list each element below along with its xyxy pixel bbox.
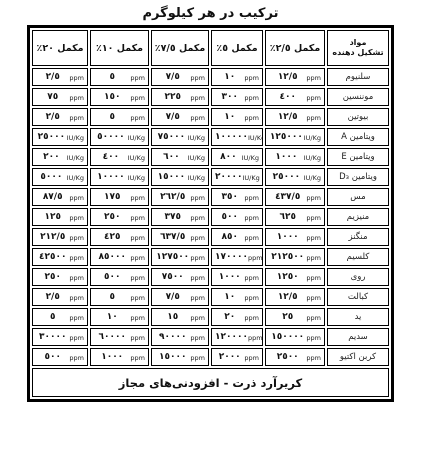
cell-unit: ppm <box>306 73 321 82</box>
row-label: سدیم <box>327 328 389 346</box>
cell-value: ٢٢٥ <box>155 92 190 102</box>
cell-unit: ppm <box>306 313 321 322</box>
cell-value: ٣٠٠٠٠ <box>36 332 69 342</box>
cell-value: ١٢٥ <box>36 212 69 222</box>
value-cell: ٧/٥ppm <box>151 68 209 86</box>
value-cell: ٢١٢/٥ppm <box>32 228 88 246</box>
value-cell: ٢٥ppm <box>265 308 325 326</box>
cell-unit: ppm <box>69 253 84 262</box>
cell-unit: ppm <box>190 113 205 122</box>
cell-value: ١٢/٥ <box>269 292 306 302</box>
cell-unit: IU/Kg <box>128 153 145 162</box>
value-cell: ٦٠٠٠٠ppm <box>90 328 149 346</box>
value-cell: ١٢٥٠٠٠IU/Kg <box>265 128 325 146</box>
value-cell: ٧/٥ppm <box>151 108 209 126</box>
table-row: موننسین٤٠٠ppm٣٠٠ppm٢٢٥ppm١٥٠ppm٧٥ppm <box>32 88 389 106</box>
cell-unit: ppm <box>190 313 205 322</box>
column-header-supplement-5: مکمل ٥٪ <box>211 30 263 66</box>
cell-unit: ppm <box>306 233 321 242</box>
value-cell: ٣٧٥ppm <box>151 208 209 226</box>
value-cell: ١٢/٥ppm <box>265 288 325 306</box>
table-row: کبالت١٢/٥ppm١٠ppm٧/٥ppm٥ppm٢/٥ppm <box>32 288 389 306</box>
cell-unit: IU/Kg <box>242 153 259 162</box>
value-cell: ٧٥٠٠ppm <box>151 268 209 286</box>
cell-value: ٥ <box>94 292 130 302</box>
cell-value: ١٢/٥ <box>269 72 306 82</box>
cell-unit: ppm <box>190 253 205 262</box>
value-cell: ٢٥٠ppm <box>90 208 149 226</box>
cell-unit: ppm <box>190 193 205 202</box>
value-cell: ٥ppm <box>90 288 149 306</box>
cell-value: ٥ <box>94 72 130 82</box>
cell-unit: ppm <box>306 353 321 362</box>
cell-value: ١٢٥٠ <box>269 272 306 282</box>
value-cell: ٢٠٠٠٠IU/Kg <box>211 168 263 186</box>
cell-unit: ppm <box>69 73 84 82</box>
cell-unit: ppm <box>130 353 145 362</box>
value-cell: ٤٠٠ppm <box>265 88 325 106</box>
value-cell: ١٠ppm <box>211 108 263 126</box>
table-row: ویتامین D₃٢٥٠٠٠IU/Kg٢٠٠٠٠IU/Kg١٥٠٠٠IU/Kg… <box>32 168 389 186</box>
value-cell: ١٥٠٠٠٠ppm <box>265 328 325 346</box>
cell-value: ٤٢٥ <box>94 232 130 242</box>
cell-value: ٥٠٠ <box>36 352 69 362</box>
cell-unit: ppm <box>248 333 263 342</box>
page-title: ترکیب در هر کیلوگرم <box>27 6 394 21</box>
value-cell: ١٠ppm <box>90 308 149 326</box>
row-label: منگنز <box>327 228 389 246</box>
cell-unit: ppm <box>130 293 145 302</box>
column-header-materials: مواد تشکیل دهنده <box>327 30 389 66</box>
cell-value: ١٧٠٠٠٠ <box>215 252 248 262</box>
cell-unit: IU/Kg <box>67 173 84 182</box>
row-label: کبالت <box>327 288 389 306</box>
cell-unit: ppm <box>69 193 84 202</box>
cell-value: ٢٥ <box>269 312 306 322</box>
cell-unit: IU/Kg <box>304 153 321 162</box>
cell-unit: ppm <box>130 73 145 82</box>
cell-unit: IU/Kg <box>242 173 259 182</box>
value-cell: ٤٢٥ppm <box>90 228 149 246</box>
composition-table: مواد تشکیل دهنده مکمل ٢/٥٪ مکمل ٥٪ مکمل … <box>27 25 394 402</box>
value-cell: ٥٠٠ppm <box>90 268 149 286</box>
cell-unit: ppm <box>69 233 84 242</box>
value-cell: ١٠ppm <box>211 288 263 306</box>
cell-value: ٢٠٠٠ <box>215 352 244 362</box>
cell-unit: IU/Kg <box>188 153 205 162</box>
value-cell: ٥ppm <box>90 108 149 126</box>
cell-value: ٤٠٠ <box>269 92 306 102</box>
cell-unit: ppm <box>244 73 259 82</box>
row-label: روی <box>327 268 389 286</box>
cell-value: ٥ <box>36 312 69 322</box>
cell-unit: ppm <box>244 233 259 242</box>
cell-value: ٤٢٥٠٠ <box>36 252 69 262</box>
value-cell: ١٥٠٠٠ppm <box>151 348 209 366</box>
cell-unit: ppm <box>69 93 84 102</box>
row-label: سلنیوم <box>327 68 389 86</box>
table-row: ویتامین A١٢٥٠٠٠IU/Kg١٠٠٠٠٠IU/Kg٧٥٠٠٠IU/K… <box>32 128 389 146</box>
cell-unit: ppm <box>69 273 84 282</box>
cell-unit: IU/Kg <box>128 133 145 142</box>
cell-value: ٣٥٠ <box>215 192 244 202</box>
value-cell: ٦٠٠IU/Kg <box>151 148 209 166</box>
value-cell: ٥ppm <box>32 308 88 326</box>
cell-unit: ppm <box>244 273 259 282</box>
value-cell: ٢٥٠ppm <box>32 268 88 286</box>
value-cell: ١٢٥ppm <box>32 208 88 226</box>
cell-value: ١٥٠ <box>94 92 130 102</box>
cell-value: ٤٠٠ <box>94 152 128 162</box>
cell-value: ١٢٠٠٠٠ <box>215 332 248 342</box>
value-cell: ٢٥٠٠٠IU/Kg <box>32 128 88 146</box>
cell-unit: ppm <box>244 193 259 202</box>
value-cell: ٢٠ppm <box>211 308 263 326</box>
cell-value: ٨٠٠ <box>215 152 242 162</box>
row-label: ویتامین A <box>327 128 389 146</box>
row-label: کلسیم <box>327 248 389 266</box>
cell-value: ١٠٠٠ <box>94 352 130 362</box>
cell-value: ٨٧/٥ <box>36 192 69 202</box>
cell-unit: ppm <box>306 113 321 122</box>
value-cell: ٢٥٠٠ppm <box>265 348 325 366</box>
cell-value: ١٠ <box>215 72 244 82</box>
cell-unit: ppm <box>130 193 145 202</box>
value-cell: ١٢٥٠ppm <box>265 268 325 286</box>
cell-unit: ppm <box>190 213 205 222</box>
composition-table-grid: مواد تشکیل دهنده مکمل ٢/٥٪ مکمل ٥٪ مکمل … <box>30 28 391 399</box>
value-cell: ٢/٥ppm <box>32 108 88 126</box>
cell-value: ٢٥٠٠٠ <box>269 172 304 182</box>
cell-unit: ppm <box>190 333 205 342</box>
value-cell: ١٧٥ppm <box>90 188 149 206</box>
cell-value: ١٠٠٠ <box>269 152 304 162</box>
cell-value: ١٥ <box>155 312 190 322</box>
table-row: ید٢٥ppm٢٠ppm١٥ppm١٠ppm٥ppm <box>32 308 389 326</box>
cell-unit: ppm <box>306 253 321 262</box>
column-header-supplement-10: مکمل ١٠٪ <box>90 30 149 66</box>
cell-value: ٨٥٠٠٠ <box>94 252 130 262</box>
cell-value: ٦٣٧/٥ <box>155 232 190 242</box>
cell-value: ٤٣٧/٥ <box>269 192 306 202</box>
cell-value: ١٠ <box>215 112 244 122</box>
value-cell: ١٥ppm <box>151 308 209 326</box>
table-row: منیزیم٦٢٥ppm٥٠٠ppm٣٧٥ppm٢٥٠ppm١٢٥ppm <box>32 208 389 226</box>
value-cell: ١٢/٥ppm <box>265 108 325 126</box>
cell-value: ٢٠٠٠٠ <box>215 172 242 182</box>
value-cell: ٢٢٥ppm <box>151 88 209 106</box>
cell-value: ٢٥٠ <box>94 212 130 222</box>
cell-value: ٢١٢٥٠٠ <box>269 252 306 262</box>
cell-value: ١٠٠٠٠٠ <box>215 132 248 142</box>
value-cell: ٧٥٠٠٠IU/Kg <box>151 128 209 146</box>
cell-unit: ppm <box>244 313 259 322</box>
cell-unit: IU/Kg <box>67 153 84 162</box>
value-cell: ١٠٠٠IU/Kg <box>265 148 325 166</box>
cell-value: ٢٠ <box>215 312 244 322</box>
cell-unit: ppm <box>244 353 259 362</box>
cell-unit: IU/Kg <box>67 133 84 142</box>
cell-value: ١٠ <box>215 292 244 302</box>
cell-value: ١٢٧٥٠٠ <box>155 252 190 262</box>
cell-unit: ppm <box>306 193 321 202</box>
value-cell: ٣٠٠٠٠ppm <box>32 328 88 346</box>
cell-value: ١٢/٥ <box>269 112 306 122</box>
cell-unit: ppm <box>69 333 84 342</box>
cell-value: ٦٠٠ <box>155 152 188 162</box>
value-cell: ٢٠٠٠ppm <box>211 348 263 366</box>
cell-value: ٢٠٠ <box>36 152 67 162</box>
cell-value: ٧/٥ <box>155 112 190 122</box>
value-cell: ٢٠٠IU/Kg <box>32 148 88 166</box>
value-cell: ٥ppm <box>90 68 149 86</box>
cell-value: ١٠٠٠ <box>215 272 244 282</box>
cell-unit: ppm <box>306 293 321 302</box>
value-cell: ١٠٠٠ppm <box>90 348 149 366</box>
value-cell: ١٢/٥ppm <box>265 68 325 86</box>
footer-row: کریرآرد ذرت - افزودنی‌های مجاز <box>32 368 389 397</box>
cell-value: ٦٠٠٠٠ <box>94 332 130 342</box>
cell-unit: ppm <box>244 113 259 122</box>
cell-unit: ppm <box>306 273 321 282</box>
cell-value: ٢٥٠٠ <box>269 352 306 362</box>
cell-value: ١٠٠٠٠ <box>94 172 128 182</box>
cell-value: ١٠ <box>94 312 130 322</box>
cell-value: ٢٦٢/٥ <box>155 192 190 202</box>
cell-unit: ppm <box>130 113 145 122</box>
column-header-supplement-7-5: مکمل ٧/٥٪ <box>151 30 209 66</box>
value-cell: ٢/٥ppm <box>32 68 88 86</box>
cell-unit: ppm <box>306 93 321 102</box>
table-row: کلسیم٢١٢٥٠٠ppm١٧٠٠٠٠ppm١٢٧٥٠٠ppm٨٥٠٠٠ppm… <box>32 248 389 266</box>
materials-header-line2: تشکیل دهنده <box>328 48 388 58</box>
value-cell: ٢١٢٥٠٠ppm <box>265 248 325 266</box>
row-label: ید <box>327 308 389 326</box>
cell-unit: ppm <box>244 213 259 222</box>
cell-unit: ppm <box>130 213 145 222</box>
cell-value: ٣٠٠ <box>215 92 244 102</box>
cell-value: ٧٥٠٠٠ <box>155 132 188 142</box>
table-footer-note: کریرآرد ذرت - افزودنی‌های مجاز <box>32 368 389 397</box>
table-row: سلنیوم١٢/٥ppm١٠ppm٧/٥ppm٥ppm٢/٥ppm <box>32 68 389 86</box>
cell-value: ٦٢٥ <box>269 212 306 222</box>
value-cell: ٦٢٥ppm <box>265 208 325 226</box>
table-row: روی١٢٥٠ppm١٠٠٠ppm٧٥٠٠ppm٥٠٠ppm٢٥٠ppm <box>32 268 389 286</box>
table-row: مس٤٣٧/٥ppm٣٥٠ppm٢٦٢/٥ppm١٧٥ppm٨٧/٥ppm <box>32 188 389 206</box>
row-label: بیوتین <box>327 108 389 126</box>
cell-value: ٧/٥ <box>155 292 190 302</box>
value-cell: ٣٠٠ppm <box>211 88 263 106</box>
cell-value: ٥٠٠ <box>215 212 244 222</box>
cell-unit: ppm <box>190 293 205 302</box>
value-cell: ٣٥٠ppm <box>211 188 263 206</box>
value-cell: ٢٦٢/٥ppm <box>151 188 209 206</box>
cell-unit: ppm <box>244 93 259 102</box>
row-label: ویتامین D₃ <box>327 168 389 186</box>
cell-unit: ppm <box>69 213 84 222</box>
cell-unit: IU/Kg <box>304 173 321 182</box>
cell-value: ٢٥٠٠٠ <box>36 132 67 142</box>
value-cell: ٢/٥ppm <box>32 288 88 306</box>
table-row: ویتامین E١٠٠٠IU/Kg٨٠٠IU/Kg٦٠٠IU/Kg٤٠٠IU/… <box>32 148 389 166</box>
row-label: مس <box>327 188 389 206</box>
cell-unit: ppm <box>130 253 145 262</box>
value-cell: ٤٣٧/٥ppm <box>265 188 325 206</box>
table-row: منگنز١٠٠٠ppm٨٥٠ppm٦٣٧/٥ppm٤٢٥ppm٢١٢/٥ppm <box>32 228 389 246</box>
value-cell: ٢٥٠٠٠IU/Kg <box>265 168 325 186</box>
cell-value: ٧٥ <box>36 92 69 102</box>
value-cell: ٨٠٠IU/Kg <box>211 148 263 166</box>
cell-unit: IU/Kg <box>128 173 145 182</box>
cell-value: ١٥٠٠٠ <box>155 172 188 182</box>
cell-value: ٧٥٠٠ <box>155 272 190 282</box>
value-cell: ٤٠٠IU/Kg <box>90 148 149 166</box>
cell-value: ٧/٥ <box>155 72 190 82</box>
value-cell: ٨٥٠ppm <box>211 228 263 246</box>
cell-unit: ppm <box>244 293 259 302</box>
header-row: مواد تشکیل دهنده مکمل ٢/٥٪ مکمل ٥٪ مکمل … <box>32 30 389 66</box>
materials-header-line1: مواد <box>328 38 388 48</box>
value-cell: ١٠٠٠ppm <box>265 228 325 246</box>
cell-value: ٢٥٠ <box>36 272 69 282</box>
cell-value: ٥٠٠٠ <box>36 172 67 182</box>
value-cell: ٤٢٥٠٠ppm <box>32 248 88 266</box>
table-row: سدیم١٥٠٠٠٠ppm١٢٠٠٠٠ppm٩٠٠٠٠ppm٦٠٠٠٠ppm٣٠… <box>32 328 389 346</box>
cell-value: ٣٧٥ <box>155 212 190 222</box>
cell-value: ٢/٥ <box>36 292 69 302</box>
cell-unit: ppm <box>190 273 205 282</box>
value-cell: ٧/٥ppm <box>151 288 209 306</box>
cell-value: ١٠٠٠ <box>269 232 306 242</box>
value-cell: ٥٠٠ppm <box>32 348 88 366</box>
cell-unit: ppm <box>130 233 145 242</box>
cell-unit: ppm <box>130 93 145 102</box>
value-cell: ١٠٠٠٠IU/Kg <box>90 168 149 186</box>
row-label: موننسین <box>327 88 389 106</box>
value-cell: ١٥٠ppm <box>90 88 149 106</box>
page: ترکیب در هر کیلوگرم مواد تشکیل دهنده مکم… <box>0 6 430 474</box>
column-header-supplement-2-5: مکمل ٢/٥٪ <box>265 30 325 66</box>
cell-value: ١٥٠٠٠٠ <box>269 332 306 342</box>
cell-unit: ppm <box>306 213 321 222</box>
cell-value: ٢/٥ <box>36 72 69 82</box>
table-row: کربن اکتیو٢٥٠٠ppm٢٠٠٠ppm١٥٠٠٠ppm١٠٠٠ppm٥… <box>32 348 389 366</box>
value-cell: ٧٥ppm <box>32 88 88 106</box>
cell-value: ٢١٢/٥ <box>36 232 69 242</box>
cell-unit: ppm <box>69 293 84 302</box>
cell-unit: IU/Kg <box>188 133 205 142</box>
cell-value: ١٧٥ <box>94 192 130 202</box>
cell-unit: ppm <box>248 253 263 262</box>
cell-unit: IU/Kg <box>304 133 321 142</box>
value-cell: ١٢٧٥٠٠ppm <box>151 248 209 266</box>
row-label: منیزیم <box>327 208 389 226</box>
cell-unit: ppm <box>130 273 145 282</box>
value-cell: ٩٠٠٠٠ppm <box>151 328 209 346</box>
cell-unit: ppm <box>130 313 145 322</box>
cell-value: ٥ <box>94 112 130 122</box>
value-cell: ١٠ppm <box>211 68 263 86</box>
cell-value: ٨٥٠ <box>215 232 244 242</box>
value-cell: ٨٥٠٠٠ppm <box>90 248 149 266</box>
value-cell: ٨٧/٥ppm <box>32 188 88 206</box>
cell-unit: ppm <box>190 233 205 242</box>
column-header-supplement-20: مکمل ٢٠٪ <box>32 30 88 66</box>
cell-value: ٢/٥ <box>36 112 69 122</box>
value-cell: ٥٠٠٠IU/Kg <box>32 168 88 186</box>
cell-unit: ppm <box>190 73 205 82</box>
row-label: ویتامین E <box>327 148 389 166</box>
cell-value: ٩٠٠٠٠ <box>155 332 190 342</box>
value-cell: ١٢٠٠٠٠ppm <box>211 328 263 346</box>
cell-unit: ppm <box>190 353 205 362</box>
cell-unit: ppm <box>69 313 84 322</box>
cell-value: ١٥٠٠٠ <box>155 352 190 362</box>
value-cell: ٦٣٧/٥ppm <box>151 228 209 246</box>
value-cell: ١٥٠٠٠IU/Kg <box>151 168 209 186</box>
cell-value: ١٢٥٠٠٠ <box>269 132 304 142</box>
cell-unit: ppm <box>306 333 321 342</box>
row-label: کربن اکتیو <box>327 348 389 366</box>
cell-unit: ppm <box>190 93 205 102</box>
table-row: بیوتین١٢/٥ppm١٠ppm٧/٥ppm٥ppm٢/٥ppm <box>32 108 389 126</box>
value-cell: ١٧٠٠٠٠ppm <box>211 248 263 266</box>
cell-unit: IU/Kg <box>188 173 205 182</box>
cell-unit: IU/Kg <box>248 133 263 142</box>
value-cell: ١٠٠٠٠٠IU/Kg <box>211 128 263 146</box>
cell-value: ٥٠٠ <box>94 272 130 282</box>
cell-unit: ppm <box>130 333 145 342</box>
cell-unit: ppm <box>69 353 84 362</box>
cell-value: ٥٠٠٠٠ <box>94 132 128 142</box>
value-cell: ٥٠٠ppm <box>211 208 263 226</box>
value-cell: ١٠٠٠ppm <box>211 268 263 286</box>
value-cell: ٥٠٠٠٠IU/Kg <box>90 128 149 146</box>
cell-unit: ppm <box>69 113 84 122</box>
